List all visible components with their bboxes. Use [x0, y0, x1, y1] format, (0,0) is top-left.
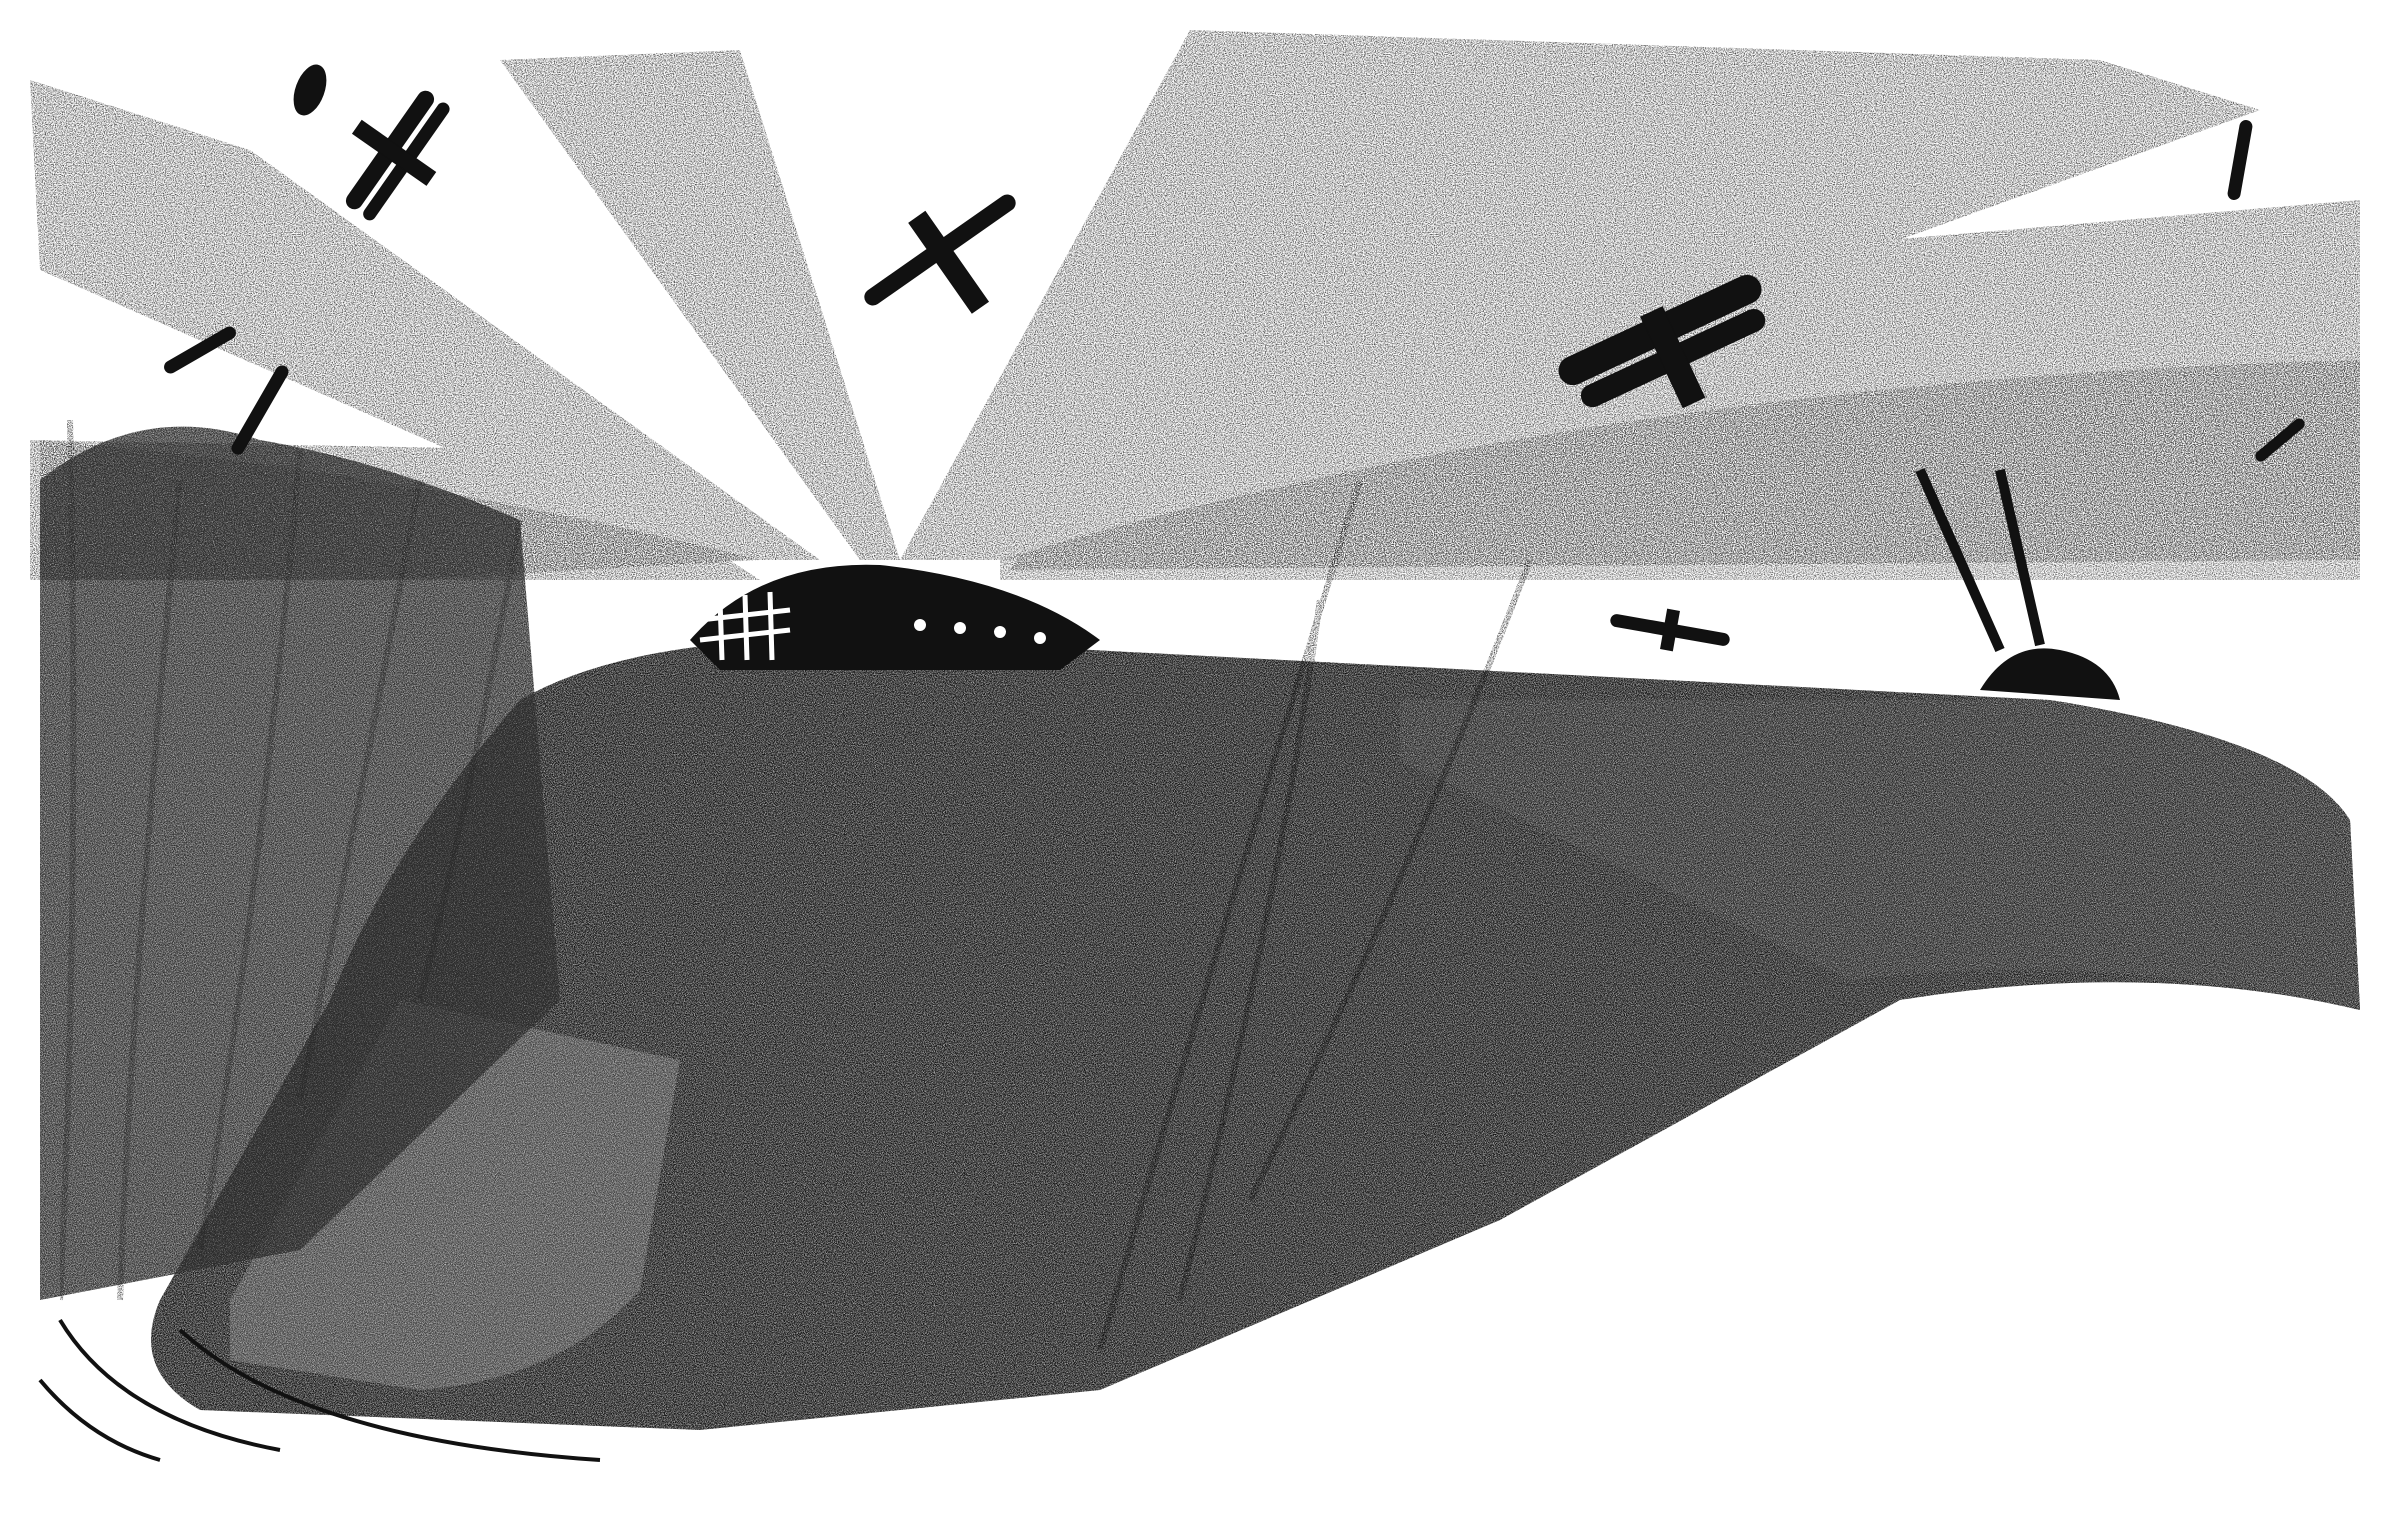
illustration-canvas	[0, 0, 2400, 1517]
